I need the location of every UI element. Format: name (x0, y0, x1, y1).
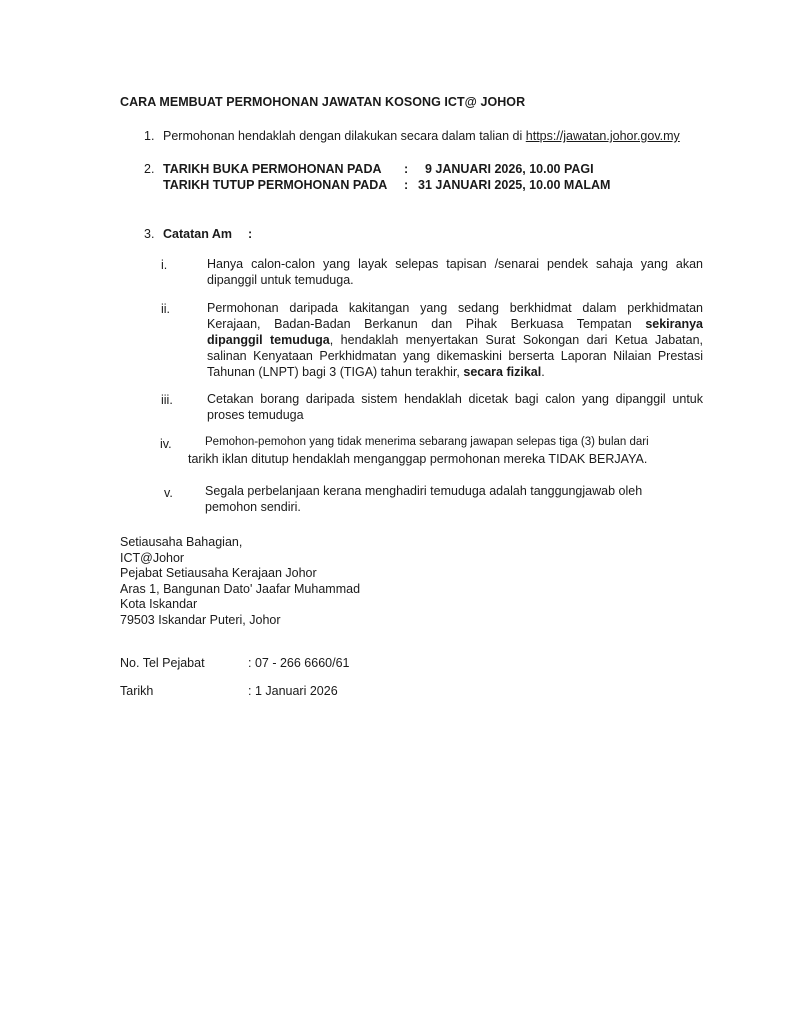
note-iii-numeral: iii. (161, 393, 173, 407)
document-title: CARA MEMBUAT PERMOHONAN JAWATAN KOSONG I… (120, 95, 525, 109)
close-date-value: 31 JANUARI 2025, 10.00 MALAM (418, 178, 610, 192)
note-ii-line-2: Kerajaan, Badan-Badan Berkanun dan Pihak… (207, 316, 703, 332)
close-date-label: TARIKH TUTUP PERMOHONAN PADA (163, 178, 387, 192)
note-ii-line-4: salinan Kenyataan Perkhidmatan yang dike… (207, 348, 703, 364)
signature-line-city: Kota Iskandar (120, 597, 360, 613)
open-date-label: TARIKH BUKA PERMOHONAN PADA (163, 162, 382, 176)
section-1-number: 1. (144, 129, 154, 143)
document-page: CARA MEMBUAT PERMOHONAN JAWATAN KOSONG I… (0, 0, 789, 1024)
phone-label: No. Tel Pejabat (120, 656, 205, 670)
note-ii-line-5-bold: secara fizikal (463, 365, 541, 379)
note-i-text: Hanya calon-calon yang layak selepas tap… (207, 256, 703, 288)
note-ii-line-3: dipanggil temuduga, hendaklah menyertaka… (207, 332, 703, 348)
signature-block: Setiausaha Bahagian, ICT@Johor Pejabat S… (120, 535, 360, 628)
section-3-colon: : (248, 227, 252, 241)
note-iii-text: Cetakan borang daripada sistem hendaklah… (207, 391, 703, 423)
note-ii-line-1: Permohonan daripada kakitangan yang seda… (207, 300, 703, 316)
section-1-text: Permohonan hendaklah dengan dilakukan se… (163, 129, 680, 143)
signature-line-title: Setiausaha Bahagian, (120, 535, 360, 551)
note-i-numeral: i. (161, 258, 167, 272)
date-label: Tarikh (120, 684, 153, 698)
note-iv-line-2: tarikh iklan ditutup hendaklah mengangga… (188, 452, 647, 466)
section-3-number: 3. (144, 227, 154, 241)
note-ii-line-3-text: , hendaklah menyertakan Surat Sokongan d… (330, 333, 703, 347)
note-iii-line-1: Cetakan borang daripada sistem hendaklah… (207, 391, 703, 407)
date-value: : 1 Januari 2026 (248, 684, 338, 698)
open-date-value: 9 JANUARI 2026, 10.00 PAGI (425, 162, 594, 176)
signature-line-building: Aras 1, Bangunan Dato' Jaafar Muhammad (120, 582, 360, 598)
open-date-colon: : (404, 162, 408, 176)
note-ii-line-5-text: Tahunan (LNPT) bagi 3 (TIGA) tahun terak… (207, 365, 463, 379)
note-ii-line-5: Tahunan (LNPT) bagi 3 (TIGA) tahun terak… (207, 364, 703, 380)
note-ii-line-2-bold: sekiranya (645, 317, 703, 331)
note-iv-line-1: Pemohon-pemohon yang tidak menerima seba… (205, 436, 649, 448)
application-portal-link[interactable]: https://jawatan.johor.gov.my (526, 129, 680, 143)
note-i-line-1: Hanya calon-calon yang layak selepas tap… (207, 256, 703, 272)
phone-value: : 07 - 266 6660/61 (248, 656, 349, 670)
section-3-heading: Catatan Am (163, 227, 232, 241)
note-iii-line-2: proses temuduga (207, 407, 703, 423)
note-ii-line-2-text: Kerajaan, Badan-Badan Berkanun dan Pihak… (207, 317, 645, 331)
signature-line-office: Pejabat Setiausaha Kerajaan Johor (120, 566, 360, 582)
note-v-numeral: v. (164, 486, 173, 500)
note-ii-line-3-bold: dipanggil temuduga (207, 333, 330, 347)
note-ii-line-5-end: . (541, 365, 544, 379)
note-iv-numeral: iv. (160, 437, 172, 451)
signature-line-unit: ICT@Johor (120, 551, 360, 567)
note-ii-text: Permohonan daripada kakitangan yang seda… (207, 300, 703, 380)
note-v-line-1: Segala perbelanjaan kerana menghadiri te… (205, 484, 642, 498)
section-2-number: 2. (144, 162, 154, 176)
note-ii-numeral: ii. (161, 302, 170, 316)
note-i-line-2: dipanggil untuk temuduga. (207, 272, 703, 288)
section-1-body: Permohonan hendaklah dengan dilakukan se… (163, 129, 526, 143)
close-date-colon: : (404, 178, 408, 192)
signature-line-postcode: 79503 Iskandar Puteri, Johor (120, 613, 360, 629)
note-v-line-2: pemohon sendiri. (205, 500, 301, 514)
